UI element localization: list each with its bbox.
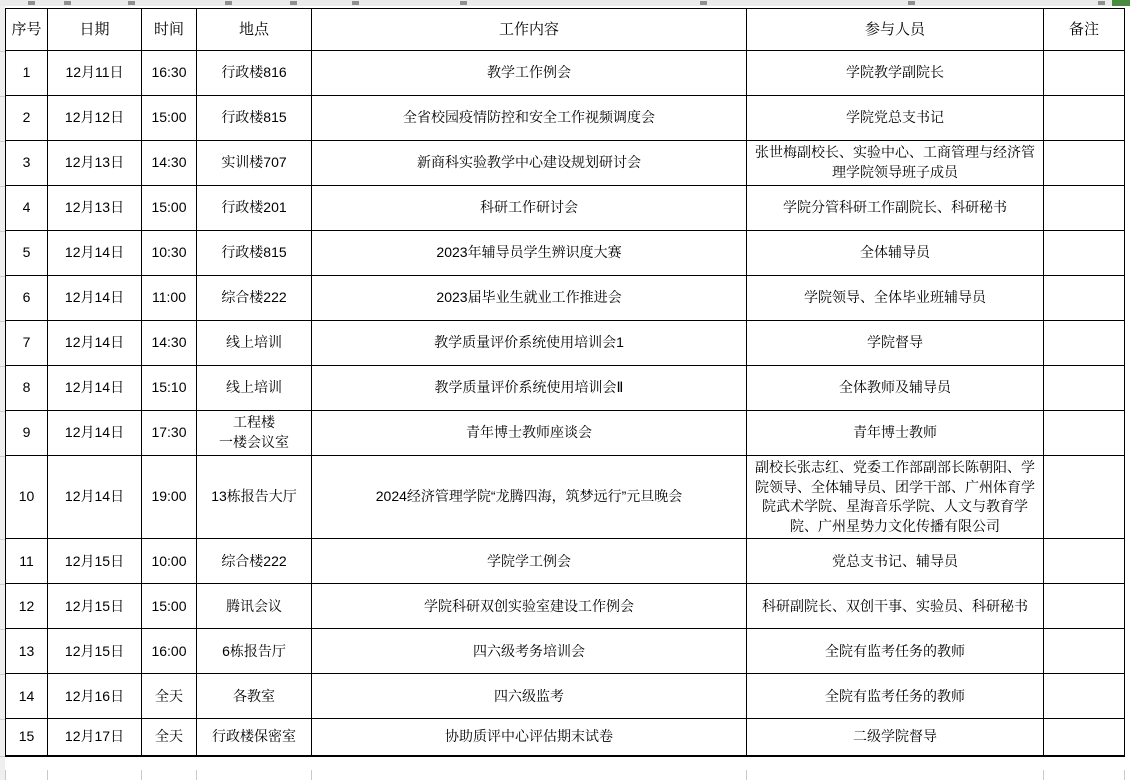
cell-work-content[interactable]: 2023届毕业生就业工作推进会 bbox=[312, 276, 747, 321]
table-row: 6 12月14日 11:00 综合楼222 2023届毕业生就业工作推进会 学院… bbox=[6, 276, 1125, 321]
table-row: 9 12月14日 17:30 工程楼 一楼会议室 青年博士教师座谈会 青年博士教… bbox=[6, 411, 1125, 456]
cell-location[interactable]: 行政楼816 bbox=[197, 51, 312, 96]
cell-remark[interactable] bbox=[1044, 719, 1125, 756]
header-cell[interactable]: 时间 bbox=[142, 9, 197, 51]
cell-participants[interactable]: 全院有监考任务的教师 bbox=[747, 629, 1044, 674]
cell-time[interactable]: 17:30 bbox=[142, 411, 197, 456]
table-row: 12 12月15日 15:00 腾讯会议 学院科研双创实验室建设工作例会 科研副… bbox=[6, 584, 1125, 629]
green-corner-marker bbox=[1112, 0, 1130, 6]
cell-remark[interactable] bbox=[1044, 321, 1125, 366]
cell-seq[interactable]: 5 bbox=[6, 231, 48, 276]
grid-line-stub bbox=[311, 770, 312, 780]
cell-seq[interactable]: 12 bbox=[6, 584, 48, 629]
cell-seq[interactable]: 7 bbox=[6, 321, 48, 366]
cropped-text-mark bbox=[128, 1, 135, 5]
cell-location[interactable]: 各教室 bbox=[197, 674, 312, 719]
cropped-text-mark bbox=[64, 1, 71, 5]
cell-location[interactable]: 腾讯会议 bbox=[197, 584, 312, 629]
grid-line-stub bbox=[746, 770, 747, 780]
cell-seq[interactable]: 2 bbox=[6, 96, 48, 141]
table-row: 10 12月14日 19:00 13栋报告大厅 2024经济管理学院“龙腾四海，… bbox=[6, 456, 1125, 539]
cell-time[interactable]: 15:00 bbox=[142, 186, 197, 231]
cell-work-content[interactable]: 科研工作研讨会 bbox=[312, 186, 747, 231]
header-cell[interactable]: 序号 bbox=[6, 9, 48, 51]
cell-work-content[interactable]: 协助质评中心评估期末试卷 bbox=[312, 719, 747, 756]
cell-participants[interactable]: 全体辅导员 bbox=[747, 231, 1044, 276]
cell-work-content[interactable]: 学院学工例会 bbox=[312, 539, 747, 584]
cell-date[interactable]: 12月13日 bbox=[48, 141, 142, 186]
cell-location[interactable]: 线上培训 bbox=[197, 366, 312, 411]
cell-location[interactable]: 行政楼815 bbox=[197, 96, 312, 141]
cell-time[interactable]: 11:00 bbox=[142, 276, 197, 321]
table-row: 7 12月14日 14:30 线上培训 教学质量评价系统使用培训会1 学院督导 bbox=[6, 321, 1125, 366]
cell-time[interactable]: 15:00 bbox=[142, 96, 197, 141]
cell-date[interactable]: 12月15日 bbox=[48, 629, 142, 674]
cell-participants[interactable]: 青年博士教师 bbox=[747, 411, 1044, 456]
cell-time[interactable]: 16:00 bbox=[142, 629, 197, 674]
cell-work-content[interactable]: 新商科实验教学中心建设规划研讨会 bbox=[312, 141, 747, 186]
cell-work-content[interactable]: 2024经济管理学院“龙腾四海，筑梦远行”元旦晚会 bbox=[312, 456, 747, 539]
cell-remark[interactable] bbox=[1044, 96, 1125, 141]
cell-work-content[interactable]: 教学质量评价系统使用培训会1 bbox=[312, 321, 747, 366]
table-row: 13 12月15日 16:00 6栋报告厅 四六级考务培训会 全院有监考任务的教… bbox=[6, 629, 1125, 674]
table-row: 11 12月15日 10:00 综合楼222 学院学工例会 党总支书记、辅导员 bbox=[6, 539, 1125, 584]
cell-seq[interactable]: 15 bbox=[6, 719, 48, 756]
cell-location[interactable]: 行政楼保密室 bbox=[197, 719, 312, 756]
cell-location[interactable]: 行政楼815 bbox=[197, 231, 312, 276]
cell-time[interactable]: 全天 bbox=[142, 719, 197, 756]
grid-line-stub bbox=[196, 770, 197, 780]
header-row: 序号日期时间地点工作内容参与人员备注 bbox=[6, 9, 1125, 51]
cell-participants[interactable]: 学院党总支书记 bbox=[747, 96, 1044, 141]
cell-work-content[interactable]: 2023年辅导员学生辨识度大赛 bbox=[312, 231, 747, 276]
cropped-text-mark bbox=[908, 1, 915, 5]
grid-line-stub bbox=[141, 770, 142, 780]
table-row: 1 12月11日 16:30 行政楼816 教学工作例会 学院教学副院长 bbox=[6, 51, 1125, 96]
cell-date[interactable]: 12月14日 bbox=[48, 456, 142, 539]
cell-participants[interactable]: 二级学院督导 bbox=[747, 719, 1044, 756]
cell-remark[interactable] bbox=[1044, 141, 1125, 186]
schedule-table-wrap: 序号日期时间地点工作内容参与人员备注 1 12月11日 16:30 行政楼816… bbox=[5, 8, 1125, 757]
cell-location[interactable]: 行政楼201 bbox=[197, 186, 312, 231]
table-row: 8 12月14日 15:10 线上培训 教学质量评价系统使用培训会Ⅱ 全体教师及… bbox=[6, 366, 1125, 411]
cell-location[interactable]: 综合楼222 bbox=[197, 276, 312, 321]
cell-seq[interactable]: 13 bbox=[6, 629, 48, 674]
cell-date[interactable]: 12月14日 bbox=[48, 231, 142, 276]
cropped-text-mark bbox=[1098, 1, 1105, 5]
cell-remark[interactable] bbox=[1044, 629, 1125, 674]
cell-participants[interactable]: 学院领导、全体毕业班辅导员 bbox=[747, 276, 1044, 321]
cell-remark[interactable] bbox=[1044, 51, 1125, 96]
table-body: 1 12月11日 16:30 行政楼816 教学工作例会 学院教学副院长 2 1… bbox=[6, 51, 1125, 756]
cell-location[interactable]: 线上培训 bbox=[197, 321, 312, 366]
cell-seq[interactable]: 8 bbox=[6, 366, 48, 411]
grid-line-stub bbox=[5, 770, 6, 780]
cell-location[interactable]: 6栋报告厅 bbox=[197, 629, 312, 674]
cell-time[interactable]: 全天 bbox=[142, 674, 197, 719]
cell-participants[interactable]: 全院有监考任务的教师 bbox=[747, 674, 1044, 719]
header-cell[interactable]: 日期 bbox=[48, 9, 142, 51]
header-cell[interactable]: 备注 bbox=[1044, 9, 1125, 51]
header-cell[interactable]: 参与人员 bbox=[747, 9, 1044, 51]
cell-location[interactable]: 实训楼707 bbox=[197, 141, 312, 186]
cell-remark[interactable] bbox=[1044, 276, 1125, 321]
cell-seq[interactable]: 3 bbox=[6, 141, 48, 186]
cell-remark[interactable] bbox=[1044, 674, 1125, 719]
cell-date[interactable]: 12月13日 bbox=[48, 186, 142, 231]
cell-seq[interactable]: 11 bbox=[6, 539, 48, 584]
table-row: 3 12月13日 14:30 实训楼707 新商科实验教学中心建设规划研讨会 张… bbox=[6, 141, 1125, 186]
grid-line-stub bbox=[47, 770, 48, 780]
cell-date[interactable]: 12月16日 bbox=[48, 674, 142, 719]
cell-time[interactable]: 19:00 bbox=[142, 456, 197, 539]
grid-line-stub bbox=[1124, 770, 1125, 780]
cell-date[interactable]: 12月14日 bbox=[48, 276, 142, 321]
cell-work-content[interactable]: 教学工作例会 bbox=[312, 51, 747, 96]
cropped-row-above-strip bbox=[0, 0, 1130, 6]
header-cell[interactable]: 工作内容 bbox=[312, 9, 747, 51]
cell-remark[interactable] bbox=[1044, 186, 1125, 231]
cell-time[interactable]: 10:30 bbox=[142, 231, 197, 276]
cell-participants[interactable]: 党总支书记、辅导员 bbox=[747, 539, 1044, 584]
schedule-table: 序号日期时间地点工作内容参与人员备注 1 12月11日 16:30 行政楼816… bbox=[5, 8, 1125, 757]
cell-seq[interactable]: 14 bbox=[6, 674, 48, 719]
cell-remark[interactable] bbox=[1044, 539, 1125, 584]
cropped-text-mark bbox=[28, 1, 35, 5]
cell-time[interactable]: 16:30 bbox=[142, 51, 197, 96]
cell-time[interactable]: 15:10 bbox=[142, 366, 197, 411]
cell-date[interactable]: 12月15日 bbox=[48, 539, 142, 584]
cell-participants[interactable]: 副校长张志红、党委工作部副部长陈朝阳、学院领导、全体辅导员、团学干部、广州体育学… bbox=[747, 456, 1044, 539]
cell-time[interactable]: 14:30 bbox=[142, 321, 197, 366]
cell-date[interactable]: 12月15日 bbox=[48, 584, 142, 629]
table-row: 4 12月13日 15:00 行政楼201 科研工作研讨会 学院分管科研工作副院… bbox=[6, 186, 1125, 231]
cropped-text-mark bbox=[225, 1, 232, 5]
cell-remark[interactable] bbox=[1044, 411, 1125, 456]
cell-time[interactable]: 10:00 bbox=[142, 539, 197, 584]
cell-date[interactable]: 12月14日 bbox=[48, 411, 142, 456]
cropped-text-mark bbox=[290, 1, 297, 5]
table-row: 14 12月16日 全天 各教室 四六级监考 全院有监考任务的教师 bbox=[6, 674, 1125, 719]
header-cell[interactable]: 地点 bbox=[197, 9, 312, 51]
cell-participants[interactable]: 学院督导 bbox=[747, 321, 1044, 366]
cell-work-content[interactable]: 全省校园疫情防控和安全工作视频调度会 bbox=[312, 96, 747, 141]
cell-date[interactable]: 12月14日 bbox=[48, 366, 142, 411]
cell-remark[interactable] bbox=[1044, 584, 1125, 629]
cell-date[interactable]: 12月12日 bbox=[48, 96, 142, 141]
cell-location[interactable]: 13栋报告大厅 bbox=[197, 456, 312, 539]
cropped-text-mark bbox=[700, 1, 707, 5]
cell-work-content[interactable]: 四六级监考 bbox=[312, 674, 747, 719]
grid-line-stub bbox=[1043, 770, 1044, 780]
cell-remark[interactable] bbox=[1044, 231, 1125, 276]
cell-remark[interactable] bbox=[1044, 366, 1125, 411]
cropped-text-mark bbox=[352, 1, 359, 5]
table-row: 5 12月14日 10:30 行政楼815 2023年辅导员学生辨识度大赛 全体… bbox=[6, 231, 1125, 276]
cell-seq[interactable]: 9 bbox=[6, 411, 48, 456]
cell-seq[interactable]: 6 bbox=[6, 276, 48, 321]
cell-time[interactable]: 14:30 bbox=[142, 141, 197, 186]
cell-location[interactable]: 工程楼 一楼会议室 bbox=[197, 411, 312, 456]
cell-work-content[interactable]: 学院科研双创实验室建设工作例会 bbox=[312, 584, 747, 629]
cell-time[interactable]: 15:00 bbox=[142, 584, 197, 629]
cell-participants[interactable]: 科研副院长、双创干事、实验员、科研秘书 bbox=[747, 584, 1044, 629]
table-row: 2 12月12日 15:00 行政楼815 全省校园疫情防控和安全工作视频调度会… bbox=[6, 96, 1125, 141]
cell-seq[interactable]: 1 bbox=[6, 51, 48, 96]
cell-participants[interactable]: 全体教师及辅导员 bbox=[747, 366, 1044, 411]
cell-work-content[interactable]: 青年博士教师座谈会 bbox=[312, 411, 747, 456]
cell-date[interactable]: 12月14日 bbox=[48, 321, 142, 366]
table-row: 15 12月17日 全天 行政楼保密室 协助质评中心评估期末试卷 二级学院督导 bbox=[6, 719, 1125, 756]
cropped-text-mark bbox=[460, 1, 467, 5]
cell-participants[interactable]: 学院分管科研工作副院长、科研秘书 bbox=[747, 186, 1044, 231]
cell-participants[interactable]: 张世梅副校长、实验中心、工商管理与经济管理学院领导班子成员 bbox=[747, 141, 1044, 186]
cell-participants[interactable]: 学院教学副院长 bbox=[747, 51, 1044, 96]
cell-seq[interactable]: 10 bbox=[6, 456, 48, 539]
cell-work-content[interactable]: 四六级考务培训会 bbox=[312, 629, 747, 674]
cell-work-content[interactable]: 教学质量评价系统使用培训会Ⅱ bbox=[312, 366, 747, 411]
cell-seq[interactable]: 4 bbox=[6, 186, 48, 231]
cell-date[interactable]: 12月11日 bbox=[48, 51, 142, 96]
cell-location[interactable]: 综合楼222 bbox=[197, 539, 312, 584]
cell-remark[interactable] bbox=[1044, 456, 1125, 539]
cell-date[interactable]: 12月17日 bbox=[48, 719, 142, 756]
